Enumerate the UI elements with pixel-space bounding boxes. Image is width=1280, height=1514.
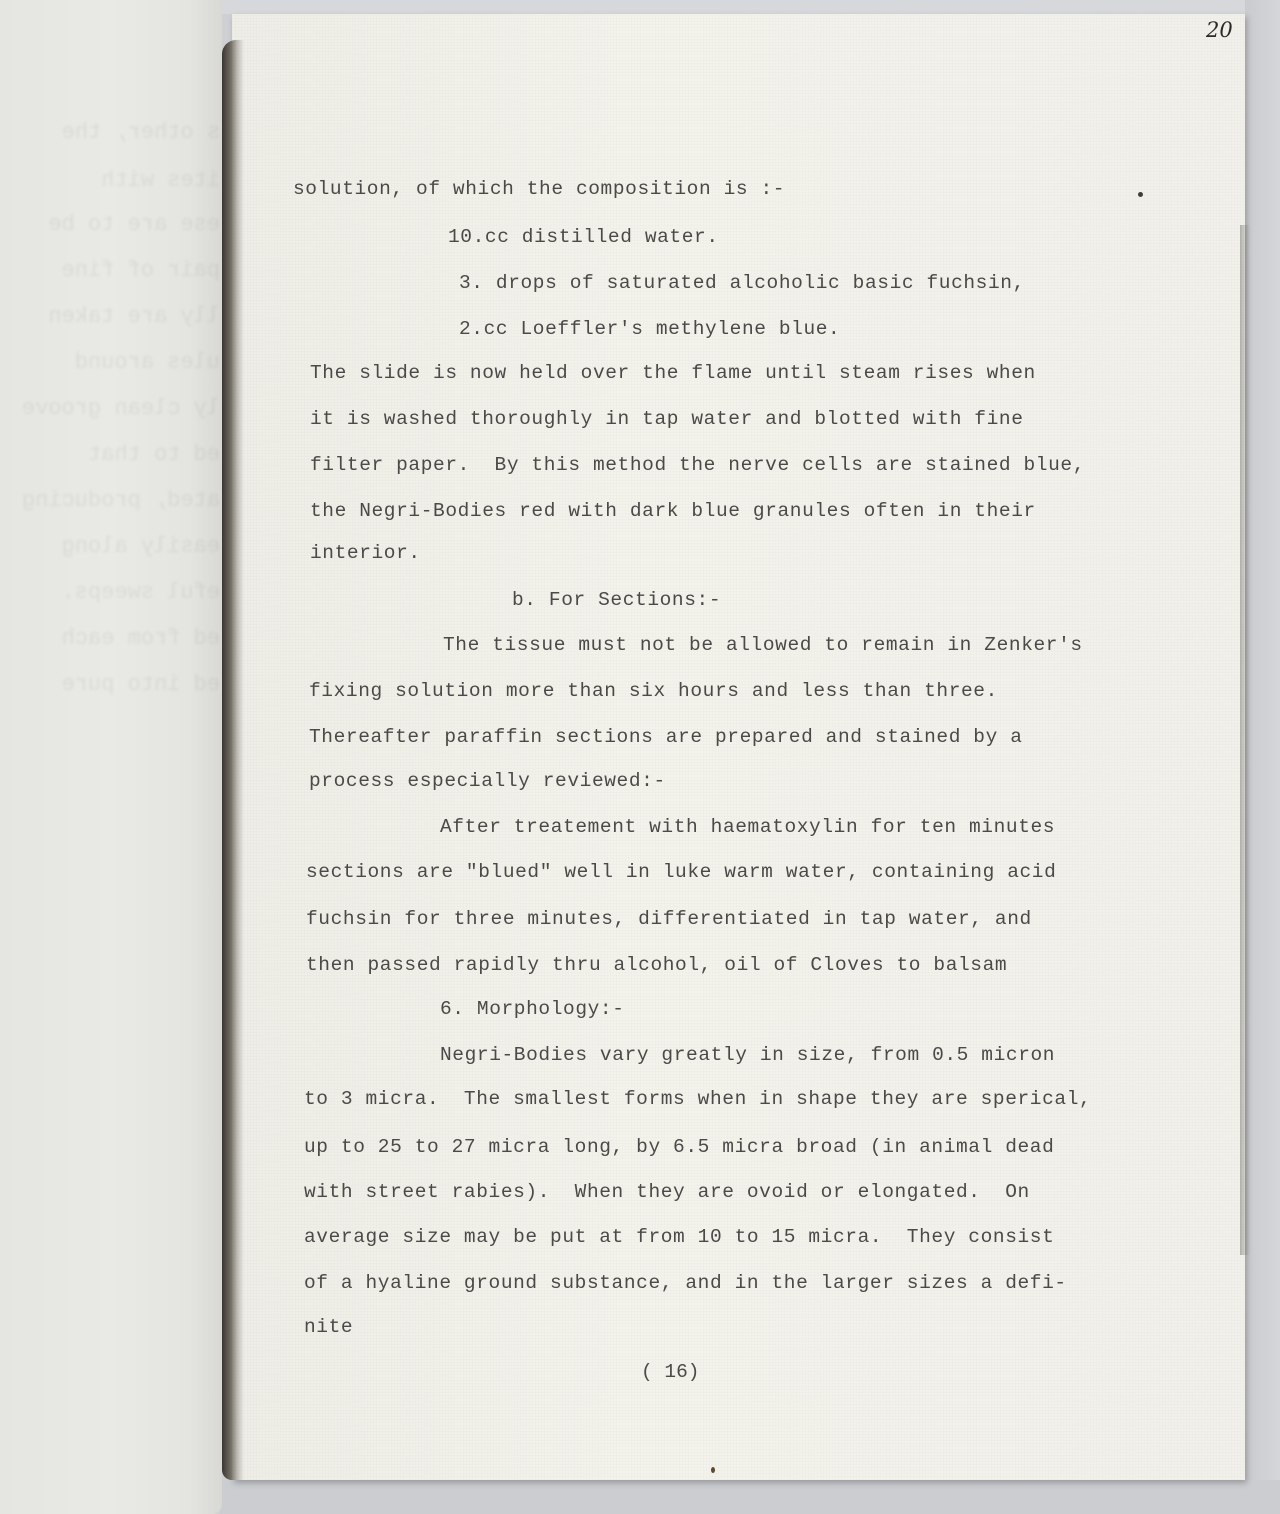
background-top xyxy=(220,0,1280,14)
text-line: 3. drops of saturated alcoholic basic fu… xyxy=(459,272,1025,294)
text-line: up to 25 to 27 micra long, by 6.5 micra … xyxy=(304,1136,1054,1158)
bleed-through-line: s other, the xyxy=(0,120,220,145)
bleed-through-line: ly clean groove xyxy=(0,396,220,421)
text-line: After treatement with haematoxylin for t… xyxy=(440,816,1055,838)
text-line: fixing solution more than six hours and … xyxy=(309,680,998,702)
background-bottom xyxy=(220,1480,1280,1514)
bleed-through-line: ules around xyxy=(0,350,220,375)
bleed-through-line: easily along xyxy=(0,534,220,559)
text-line: fuchsin for three minutes, differentiate… xyxy=(306,908,1032,930)
section-heading: b. For Sections:- xyxy=(512,589,721,611)
bleed-through-line: ated, producing xyxy=(0,488,220,513)
text-line: with street rabies). When they are ovoid… xyxy=(304,1181,1030,1203)
section-heading: 6. Morphology:- xyxy=(440,998,625,1020)
text-line: then passed rapidly thru alcohol, oil of… xyxy=(306,954,1007,976)
text-line: process especially reviewed:- xyxy=(309,770,666,792)
text-line: sections are "blued" well in luke warm w… xyxy=(306,861,1056,883)
bleed-through-line: eful sweeps. xyxy=(0,580,220,605)
bleed-through-line: lly are taken xyxy=(0,304,220,329)
paper-speck xyxy=(711,1467,715,1473)
bleed-through-line: ese are to be xyxy=(0,212,220,237)
text-line: of a hyaline ground substance, and in th… xyxy=(304,1272,1067,1294)
text-line: Thereafter paraffin sections are prepare… xyxy=(309,726,1023,748)
background-right xyxy=(1245,0,1280,1514)
text-line: to 3 micra. The smallest forms when in s… xyxy=(304,1088,1091,1110)
handwritten-page-number: 20 xyxy=(1206,18,1233,42)
left-page-curl: s other, the ites with ese are to be pai… xyxy=(0,0,222,1514)
text-line: 2.cc Loeffler's methylene blue. xyxy=(459,318,840,340)
page-edge-shadow xyxy=(1240,225,1250,1255)
typed-bullet-mark xyxy=(1138,192,1143,197)
bleed-through-line: pair of fine xyxy=(0,258,220,283)
text-line: The tissue must not be allowed to remain… xyxy=(443,634,1083,656)
bleed-through-line: ites with xyxy=(0,168,220,193)
text-line: solution, of which the composition is :- xyxy=(293,178,785,200)
text-line: average size may be put at from 10 to 15… xyxy=(304,1226,1054,1248)
text-line: 10.cc distilled water. xyxy=(448,226,719,248)
text-line: it is washed thoroughly in tap water and… xyxy=(310,408,1024,430)
text-line: Negri-Bodies vary greatly in size, from … xyxy=(440,1044,1055,1066)
typed-page-number: ( 16) xyxy=(641,1361,700,1383)
bleed-through-line: ed from each xyxy=(0,626,220,651)
bleed-through-line: ed into pure xyxy=(0,672,220,697)
gutter-shadow xyxy=(222,40,244,1480)
text-line: The slide is now held over the flame unt… xyxy=(310,362,1036,384)
text-line: interior. xyxy=(310,542,421,564)
bleed-through-line: ed to that xyxy=(0,442,220,467)
text-line: the Negri-Bodies red with dark blue gran… xyxy=(310,500,1036,522)
text-line: filter paper. By this method the nerve c… xyxy=(310,454,1085,476)
text-line: nite xyxy=(304,1316,353,1338)
